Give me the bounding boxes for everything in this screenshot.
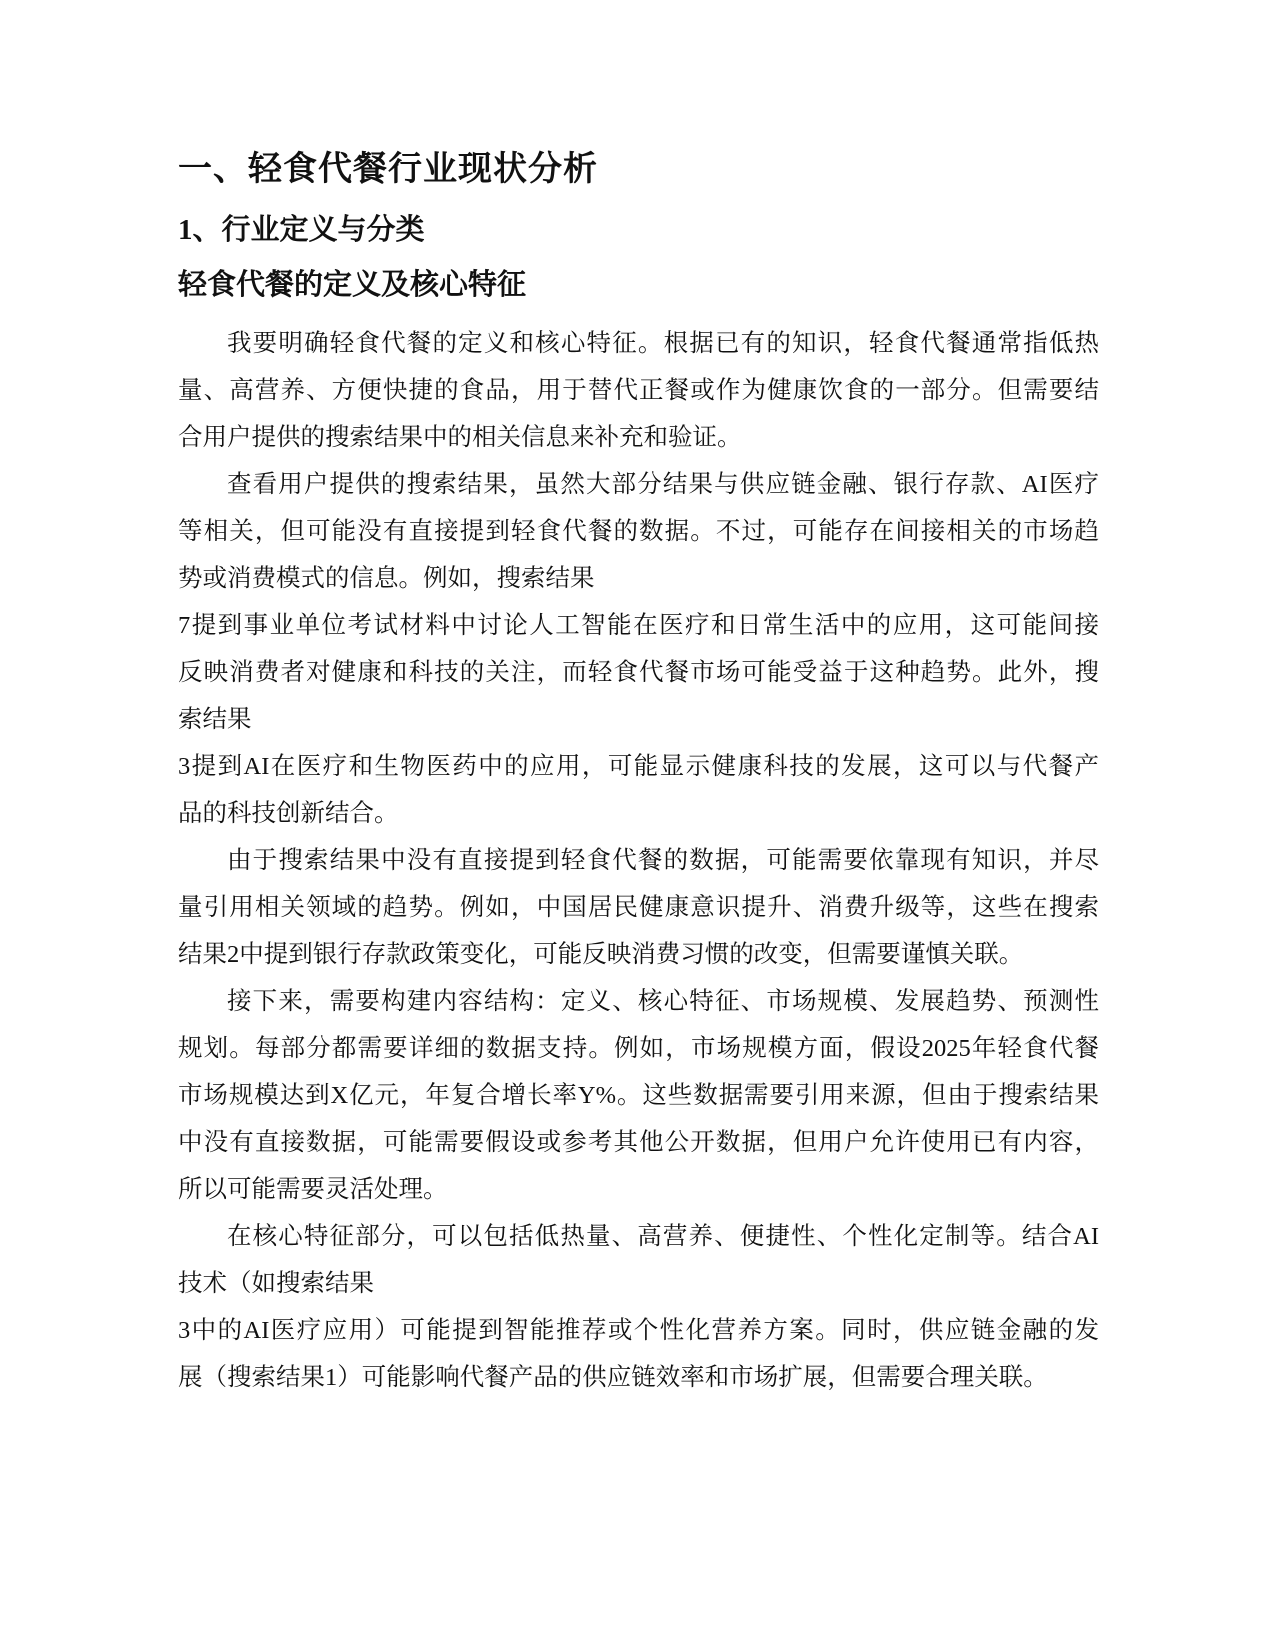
text-line: 合用户提供的搜索结果中的相关信息来补充和验证。 [178,414,1099,461]
paragraph: 接下来，需要构建内容结构：定义、核心特征、市场规模、发展趋势、预测性规划。每部分… [178,978,1099,1213]
text-line: 3提到AI在医疗和生物医药中的应用，可能显示健康科技的发展，这可以与代餐产 [178,743,1099,790]
heading-level-2: 1、行业定义与分类 [178,213,1099,248]
text-line: 结果2中提到银行存款政策变化，可能反映消费习惯的改变，但需要谨慎关联。 [178,931,1099,978]
heading-level-3: 轻食代餐的定义及核心特征 [178,268,1099,303]
paragraph: 由于搜索结果中没有直接提到轻食代餐的数据，可能需要依靠现有知识，并尽量引用相关领… [178,837,1099,978]
paragraph: 在核心特征部分，可以包括低热量、高营养、便捷性、个性化定制等。结合AI技术（如搜… [178,1213,1099,1401]
document-body: 我要明确轻食代餐的定义和核心特征。根据已有的知识，轻食代餐通常指低热量、高营养、… [178,320,1099,1401]
heading-level-1: 一、轻食代餐行业现状分析 [178,150,1099,191]
text-line: 势或消费模式的信息。例如，搜索结果 [178,555,1099,602]
text-line: 展（搜索结果1）可能影响代餐产品的供应链效率和市场扩展，但需要合理关联。 [178,1354,1099,1401]
text-line: 接下来，需要构建内容结构：定义、核心特征、市场规模、发展趋势、预测性 [178,978,1099,1025]
text-line: 3中的AI医疗应用）可能提到智能推荐或个性化营养方案。同时，供应链金融的发 [178,1307,1099,1354]
text-line: 中没有直接数据，可能需要假设或参考其他公开数据，但用户允许使用已有内容， [178,1119,1099,1166]
text-line: 反映消费者对健康和科技的关注，而轻食代餐市场可能受益于这种趋势。此外，搜 [178,649,1099,696]
text-line: 技术（如搜索结果 [178,1260,1099,1307]
text-line: 等相关，但可能没有直接提到轻食代餐的数据。不过，可能存在间接相关的市场趋 [178,508,1099,555]
paragraph: 查看用户提供的搜索结果，虽然大部分结果与供应链金融、银行存款、AI医疗等相关，但… [178,461,1099,837]
text-line: 我要明确轻食代餐的定义和核心特征。根据已有的知识，轻食代餐通常指低热 [178,320,1099,367]
text-line: 量、高营养、方便快捷的食品，用于替代正餐或作为健康饮食的一部分。但需要结 [178,367,1099,414]
text-line: 品的科技创新结合。 [178,790,1099,837]
text-line: 由于搜索结果中没有直接提到轻食代餐的数据，可能需要依靠现有知识，并尽 [178,837,1099,884]
text-line: 量引用相关领域的趋势。例如，中国居民健康意识提升、消费升级等，这些在搜索 [178,884,1099,931]
document-page: 一、轻食代餐行业现状分析 1、行业定义与分类 轻食代餐的定义及核心特征 我要明确… [0,0,1275,1650]
text-line: 在核心特征部分，可以包括低热量、高营养、便捷性、个性化定制等。结合AI [178,1213,1099,1260]
text-line: 所以可能需要灵活处理。 [178,1166,1099,1213]
text-line: 市场规模达到X亿元，年复合增长率Y%。这些数据需要引用来源，但由于搜索结果 [178,1072,1099,1119]
text-line: 规划。每部分都需要详细的数据支持。例如，市场规模方面，假设2025年轻食代餐 [178,1025,1099,1072]
text-line: 索结果 [178,696,1099,743]
document-content: 一、轻食代餐行业现状分析 1、行业定义与分类 轻食代餐的定义及核心特征 我要明确… [178,150,1099,1401]
text-line: 7提到事业单位考试材料中讨论人工智能在医疗和日常生活中的应用，这可能间接 [178,602,1099,649]
text-line: 查看用户提供的搜索结果，虽然大部分结果与供应链金融、银行存款、AI医疗 [178,461,1099,508]
paragraph: 我要明确轻食代餐的定义和核心特征。根据已有的知识，轻食代餐通常指低热量、高营养、… [178,320,1099,461]
